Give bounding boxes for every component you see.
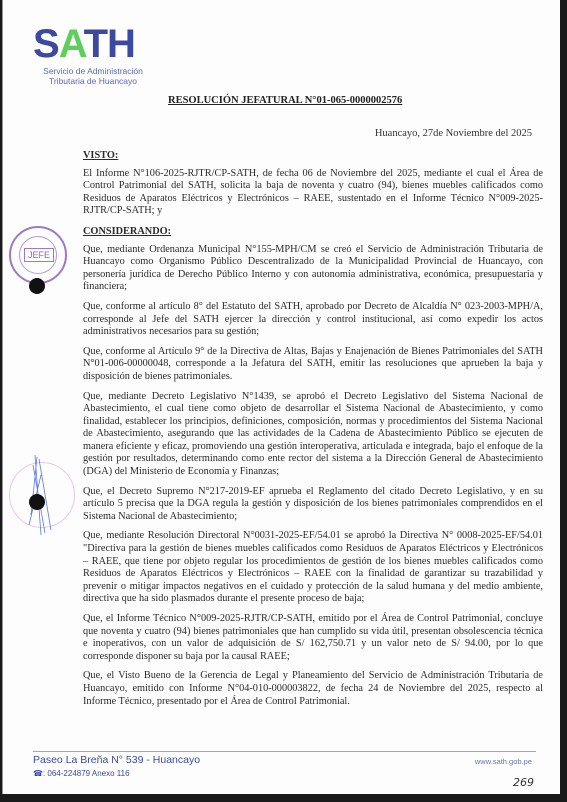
considerando-paragraph: Que, mediante Decreto Legislativo N°1439…	[83, 391, 543, 479]
considerando-paragraph: Que, el Visto Bueno de la Gerencia de Le…	[83, 670, 543, 708]
stamp-label: JEFE	[24, 248, 54, 262]
considerando-paragraph: Que, el Informe Técnico N°009-2025-RJTR/…	[83, 613, 543, 663]
considerando-paragraph: Que, conforme al artículo 8° del Estatut…	[83, 301, 543, 339]
visto-heading: VISTO:	[83, 150, 543, 163]
footer-website[interactable]: www.sath.gob.pe	[475, 757, 532, 766]
considerando-paragraph: Que, el Decreto Supremo N°217-2019-EF ap…	[83, 486, 543, 524]
considerando-paragraph: Que, conforme al Artículo 9° de la Direc…	[83, 346, 543, 384]
document-page: SATH Servicio de Administración Tributar…	[2, 0, 560, 794]
logo-wordmark: SATH	[33, 24, 153, 64]
footer-phone: ☎: 064-224879 Anexo 116	[33, 769, 130, 778]
footer-address: Paseo La Breña N° 539 - Huancayo	[33, 754, 200, 766]
footer-divider	[33, 751, 536, 752]
punch-hole	[29, 494, 45, 510]
resolution-title: RESOLUCIÓN JEFATURAL N°01-065-0000002576	[168, 95, 402, 106]
signature-icon	[23, 455, 63, 535]
considerando-heading: CONSIDERANDO:	[83, 226, 543, 239]
considerando-paragraph: Que, mediante Resolución Directoral N°00…	[83, 530, 543, 606]
logo-subtitle-2: Tributaria de Huancayo	[33, 76, 153, 86]
punch-hole	[29, 278, 45, 294]
considerando-paragraph: Que, mediante Ordenanza Municipal N°155-…	[83, 244, 543, 294]
handwritten-page-number: 269	[513, 776, 534, 789]
visto-paragraph: El Informe N°106-2025-RJTR/CP-SATH, de f…	[83, 168, 543, 218]
document-body: VISTO: El Informe N°106-2025-RJTR/CP-SAT…	[83, 150, 543, 715]
jefe-stamp: JEFE	[9, 226, 67, 284]
date-line: Huancayo, 27de Noviembre del 2025	[375, 128, 532, 139]
sath-logo: SATH Servicio de Administración Tributar…	[33, 24, 153, 86]
logo-subtitle-1: Servicio de Administración	[33, 66, 153, 76]
